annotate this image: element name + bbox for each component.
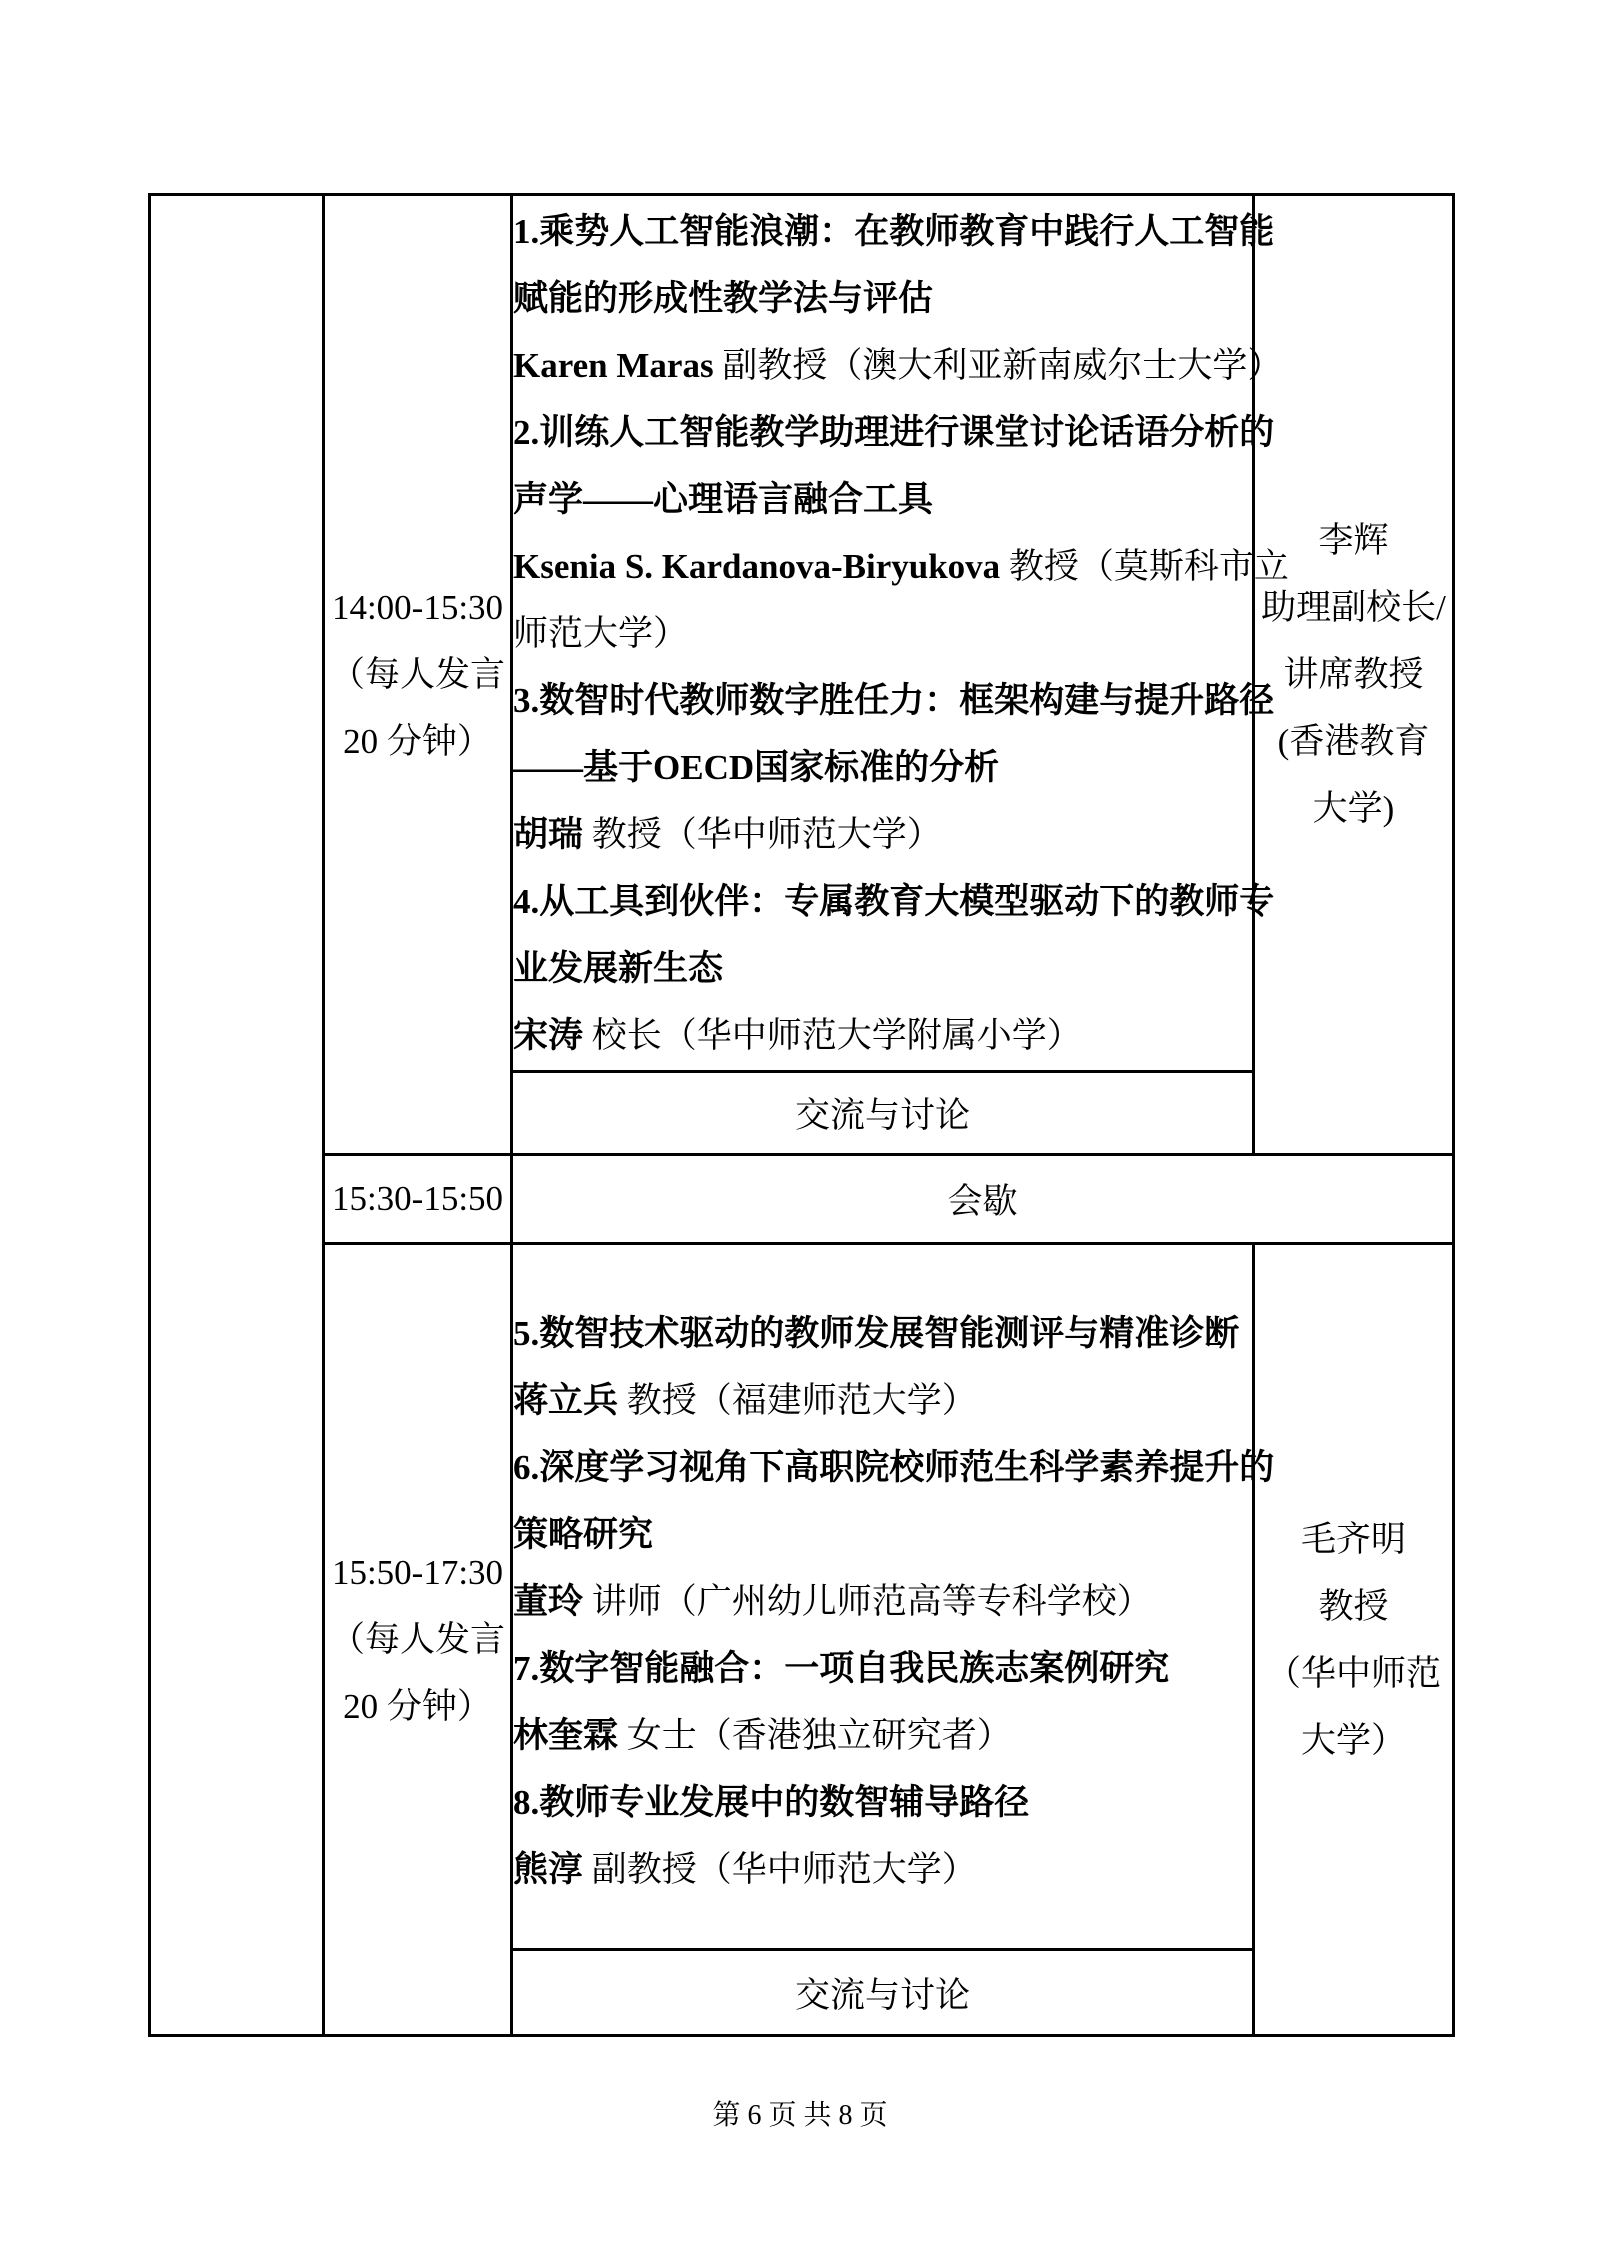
talk-line: 策略研究 [513,1501,1252,1568]
talk-line: 6.深度学习视角下高职院校师范生科学素养提升的 [513,1434,1252,1501]
talk-line: 业发展新生态 [513,935,1252,1002]
text-line: 大学） [1255,1707,1452,1774]
session1-time: 14:00-15:30（每人发言20 分钟） [325,574,510,775]
talk-line: 声学——心理语言融合工具 [513,466,1252,533]
talk-line: 8.教师专业发展中的数智辅导路径 [513,1769,1252,1836]
talk-line: 2.训练人工智能教学助理进行课堂讨论话语分析的 [513,399,1252,466]
schedule-table: 14:00-15:30（每人发言20 分钟） 1.乘势人工智能浪潮：在教师教育中… [148,193,1455,2037]
text-line: 20 分钟） [325,1673,510,1740]
text-line: 讲席教授 [1255,641,1452,708]
session1-talks: 1.乘势人工智能浪潮：在教师教育中践行人工智能赋能的形成性教学法与评估Karen… [513,198,1252,1069]
session1-discussion-cell: 交流与讨论 [512,1072,1254,1155]
document-page: 14:00-15:30（每人发言20 分钟） 1.乘势人工智能浪潮：在教师教育中… [0,0,1600,2263]
session2-discussion-cell: 交流与讨论 [512,1950,1254,2036]
session1-content-cell: 1.乘势人工智能浪潮：在教师教育中践行人工智能赋能的形成性教学法与评估Karen… [512,195,1254,1072]
session2-content-cell: 5.数智技术驱动的教师发展智能测评与精准诊断蒋立兵 教授（福建师范大学）6.深度… [512,1244,1254,1950]
session2-time: 15:50-17:30（每人发言20 分钟） [325,1539,510,1740]
left-spacer-cell [150,195,324,2036]
text-line: （每人发言 [325,641,510,708]
talk-line: 蒋立兵 教授（福建师范大学） [513,1367,1252,1434]
session1-time-cell: 14:00-15:30（每人发言20 分钟） [324,195,512,1155]
text-line: 毛齐明 [1255,1506,1452,1573]
text-line: 大学) [1255,775,1452,842]
talk-line: 师范大学） [513,600,1252,667]
talk-line: 董玲 讲师（广州幼儿师范高等专科学校） [513,1568,1252,1635]
text-line: （每人发言 [325,1606,510,1673]
talk-line: 胡瑞 教授（华中师范大学） [513,801,1252,868]
talk-line: 4.从工具到伙伴：专属教育大模型驱动下的教师专 [513,868,1252,935]
talk-line: 3.数智时代教师数字胜任力：框架构建与提升路径 [513,667,1252,734]
text-line: （华中师范 [1255,1640,1452,1707]
text-line: 15:50-17:30 [325,1539,510,1606]
talk-line: 赋能的形成性教学法与评估 [513,265,1252,332]
talk-line: 7.数字智能融合：一项自我民族志案例研究 [513,1635,1252,1702]
text-line: 20 分钟） [325,708,510,775]
session2-chair: 毛齐明教授（华中师范大学） [1255,1506,1452,1774]
session2-talks: 5.数智技术驱动的教师发展智能测评与精准诊断蒋立兵 教授（福建师范大学）6.深度… [513,1300,1252,1903]
talk-line: 1.乘势人工智能浪潮：在教师教育中践行人工智能 [513,198,1252,265]
page-footer: 第 6 页 共 8 页 [0,2098,1600,2134]
session2-chair-cell: 毛齐明教授（华中师范大学） [1254,1244,1454,2036]
text-line: 教授 [1255,1573,1452,1640]
text-line: 14:00-15:30 [325,574,510,641]
talk-line: Ksenia S. Kardanova-Biryukova 教授（莫斯科市立 [513,533,1252,600]
break-time-cell: 15:30-15:50 [324,1155,512,1244]
talk-line: 林奎霖 女士（香港独立研究者） [513,1702,1252,1769]
session1-chair-cell: 李辉助理副校长/讲席教授(香港教育大学) [1254,195,1454,1155]
talk-line: 熊淳 副教授（华中师范大学） [513,1836,1252,1903]
session2-time-cell: 15:50-17:30（每人发言20 分钟） [324,1244,512,2036]
break-label-cell: 会歇 [512,1155,1454,1244]
talk-line: ——基于OECD国家标准的分析 [513,734,1252,801]
talk-line: 5.数智技术驱动的教师发展智能测评与精准诊断 [513,1300,1252,1367]
text-line: 助理副校长/ [1255,574,1452,641]
text-line: (香港教育 [1255,708,1452,775]
talk-line: Karen Maras 副教授（澳大利亚新南威尔士大学） [513,332,1252,399]
talk-line: 宋涛 校长（华中师范大学附属小学） [513,1002,1252,1069]
